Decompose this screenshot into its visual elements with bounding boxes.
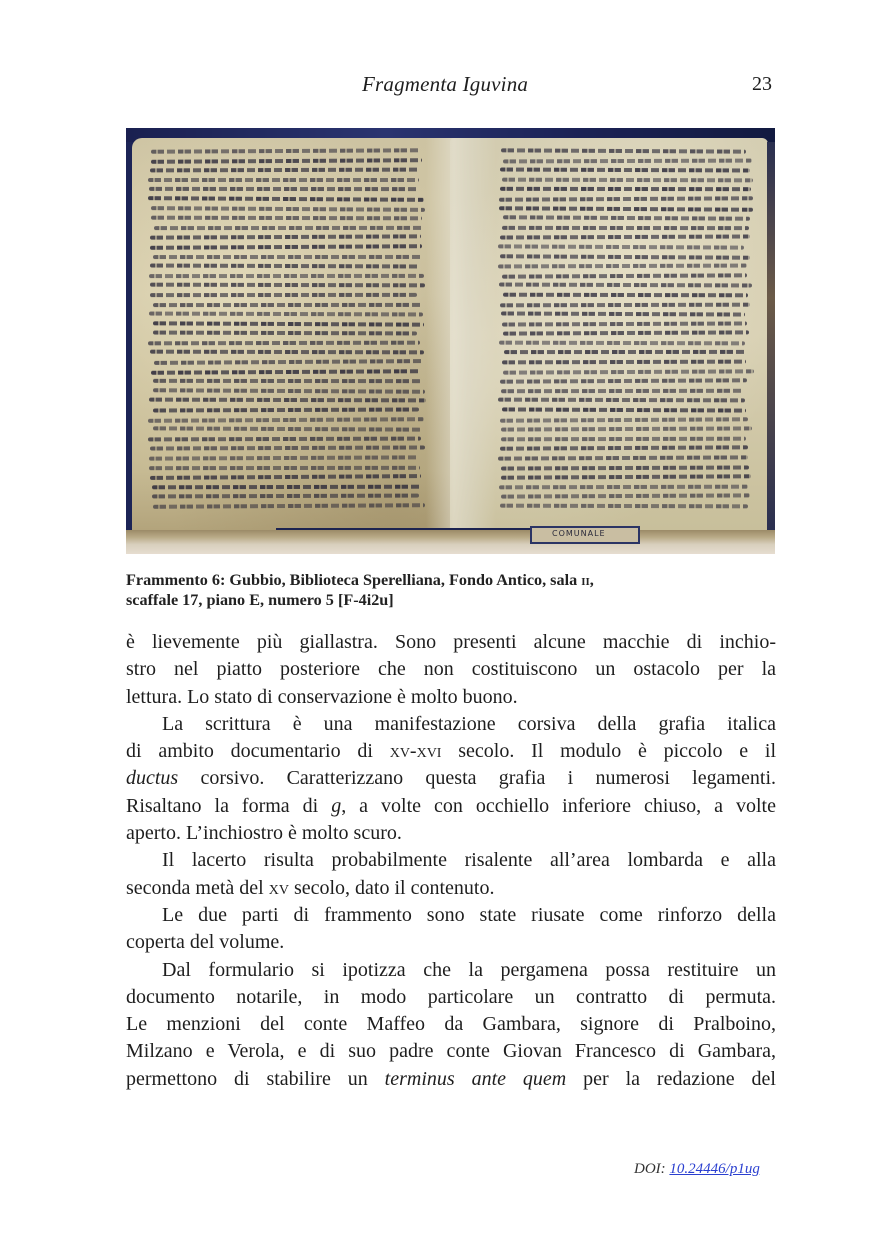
handwriting-line (503, 290, 748, 300)
handwriting-line (149, 452, 418, 463)
text-line: documento notarile, in modo particolare … (126, 984, 776, 1011)
running-head: Fragmenta Iguvina 23 (0, 72, 874, 102)
doi-label: DOI: (634, 1161, 669, 1177)
century-numeral: XV (269, 877, 289, 899)
parchment-bottom-edge (126, 530, 775, 554)
text-line: seconda metà del XV secolo, dato il cont… (126, 875, 776, 902)
text-line: coperta del volume. (126, 929, 776, 956)
text-line: Il lacerto risulta probabilmente risalen… (126, 847, 776, 874)
handwriting-line (150, 165, 420, 175)
handwriting-line (500, 165, 750, 176)
text-line: Risaltano la forma di g, a volte con occ… (126, 793, 776, 820)
paragraph-4: Le due parti di frammento sono state riu… (126, 902, 776, 957)
handwriting-line (502, 357, 746, 367)
handwriting-line (501, 145, 746, 156)
handwriting-line (501, 309, 745, 320)
paragraph-1: è lievemente più giallastra. Sono presen… (126, 629, 776, 711)
emphasis-g: g (331, 795, 341, 817)
handwriting-line (150, 280, 425, 290)
handwriting-line (150, 290, 417, 300)
text-line: aperto. L’inchiostro è molto scuro. (126, 820, 776, 847)
backing-edge (767, 142, 775, 532)
caption-sala-numeral: II (581, 571, 590, 589)
caption-punct: , (590, 571, 594, 589)
manuscript-photograph: COMUNALE (126, 128, 775, 554)
handwriting-line (151, 213, 422, 223)
paragraph-2: La scrittura è una manifestazione corsiv… (126, 711, 776, 847)
body-text: è lievemente più giallastra. Sono presen… (126, 629, 776, 1093)
text-line: permettono di stabilire un terminus ante… (126, 1066, 776, 1093)
handwriting-line (150, 261, 420, 272)
text-line: Dal formulario si ipotizza che la pergam… (126, 957, 776, 984)
label-plate-text: COMUNALE (552, 529, 606, 538)
manuscript-fold (426, 138, 496, 530)
caption-line1: Frammento 6: Gubbio, Biblioteca Sperelli… (126, 571, 581, 589)
handwriting-line (498, 452, 748, 463)
library-label-plate: COMUNALE (530, 526, 640, 544)
emphasis-ductus: ductus (126, 767, 178, 789)
text-line: è lievemente più giallastra. Sono presen… (126, 629, 776, 656)
text-line: Milzano e Verola, e di suo padre conte G… (126, 1038, 776, 1065)
text-line: La scrittura è una manifestazione corsiv… (126, 711, 776, 738)
handwriting-line (503, 212, 750, 223)
handwriting-right (498, 146, 756, 511)
handwriting-left (148, 146, 428, 511)
emphasis-terminus: terminus ante quem (385, 1068, 567, 1090)
page-number: 23 (752, 73, 772, 96)
paragraph-3: Il lacerto risulta probabilmente risalen… (126, 847, 776, 902)
text-line: lettura. Lo stato di conservazione è mol… (126, 684, 776, 711)
text-line: Le menzioni del conte Maffeo da Gambara,… (126, 1011, 776, 1038)
century-numeral: XV-XVI (390, 740, 442, 762)
caption-line2: scaffale 17, piano E, numero 5 [F-4i2u] (126, 591, 394, 609)
text-line: di ambito documentario di XV-XVI secolo.… (126, 738, 776, 765)
doi-link[interactable]: 10.24446/p1ug (669, 1161, 759, 1177)
running-title: Fragmenta Iguvina (362, 72, 528, 97)
doi-footer: DOI: 10.24446/p1ug (634, 1161, 760, 1178)
handwriting-line (504, 347, 746, 357)
handwriting-line (500, 501, 748, 511)
handwriting-line (153, 500, 425, 511)
text-line: Le due parti di frammento sono state riu… (126, 902, 776, 929)
handwriting-line (153, 328, 417, 339)
text-line: stro nel piatto posteriore che non costi… (126, 656, 776, 683)
figure-caption: Frammento 6: Gubbio, Biblioteca Sperelli… (126, 570, 786, 610)
text-line: ductus corsivo. Caratterizzano questa gr… (126, 765, 776, 792)
handwriting-line (150, 241, 422, 252)
paragraph-5: Dal formulario si ipotizza che la pergam… (126, 957, 776, 1093)
